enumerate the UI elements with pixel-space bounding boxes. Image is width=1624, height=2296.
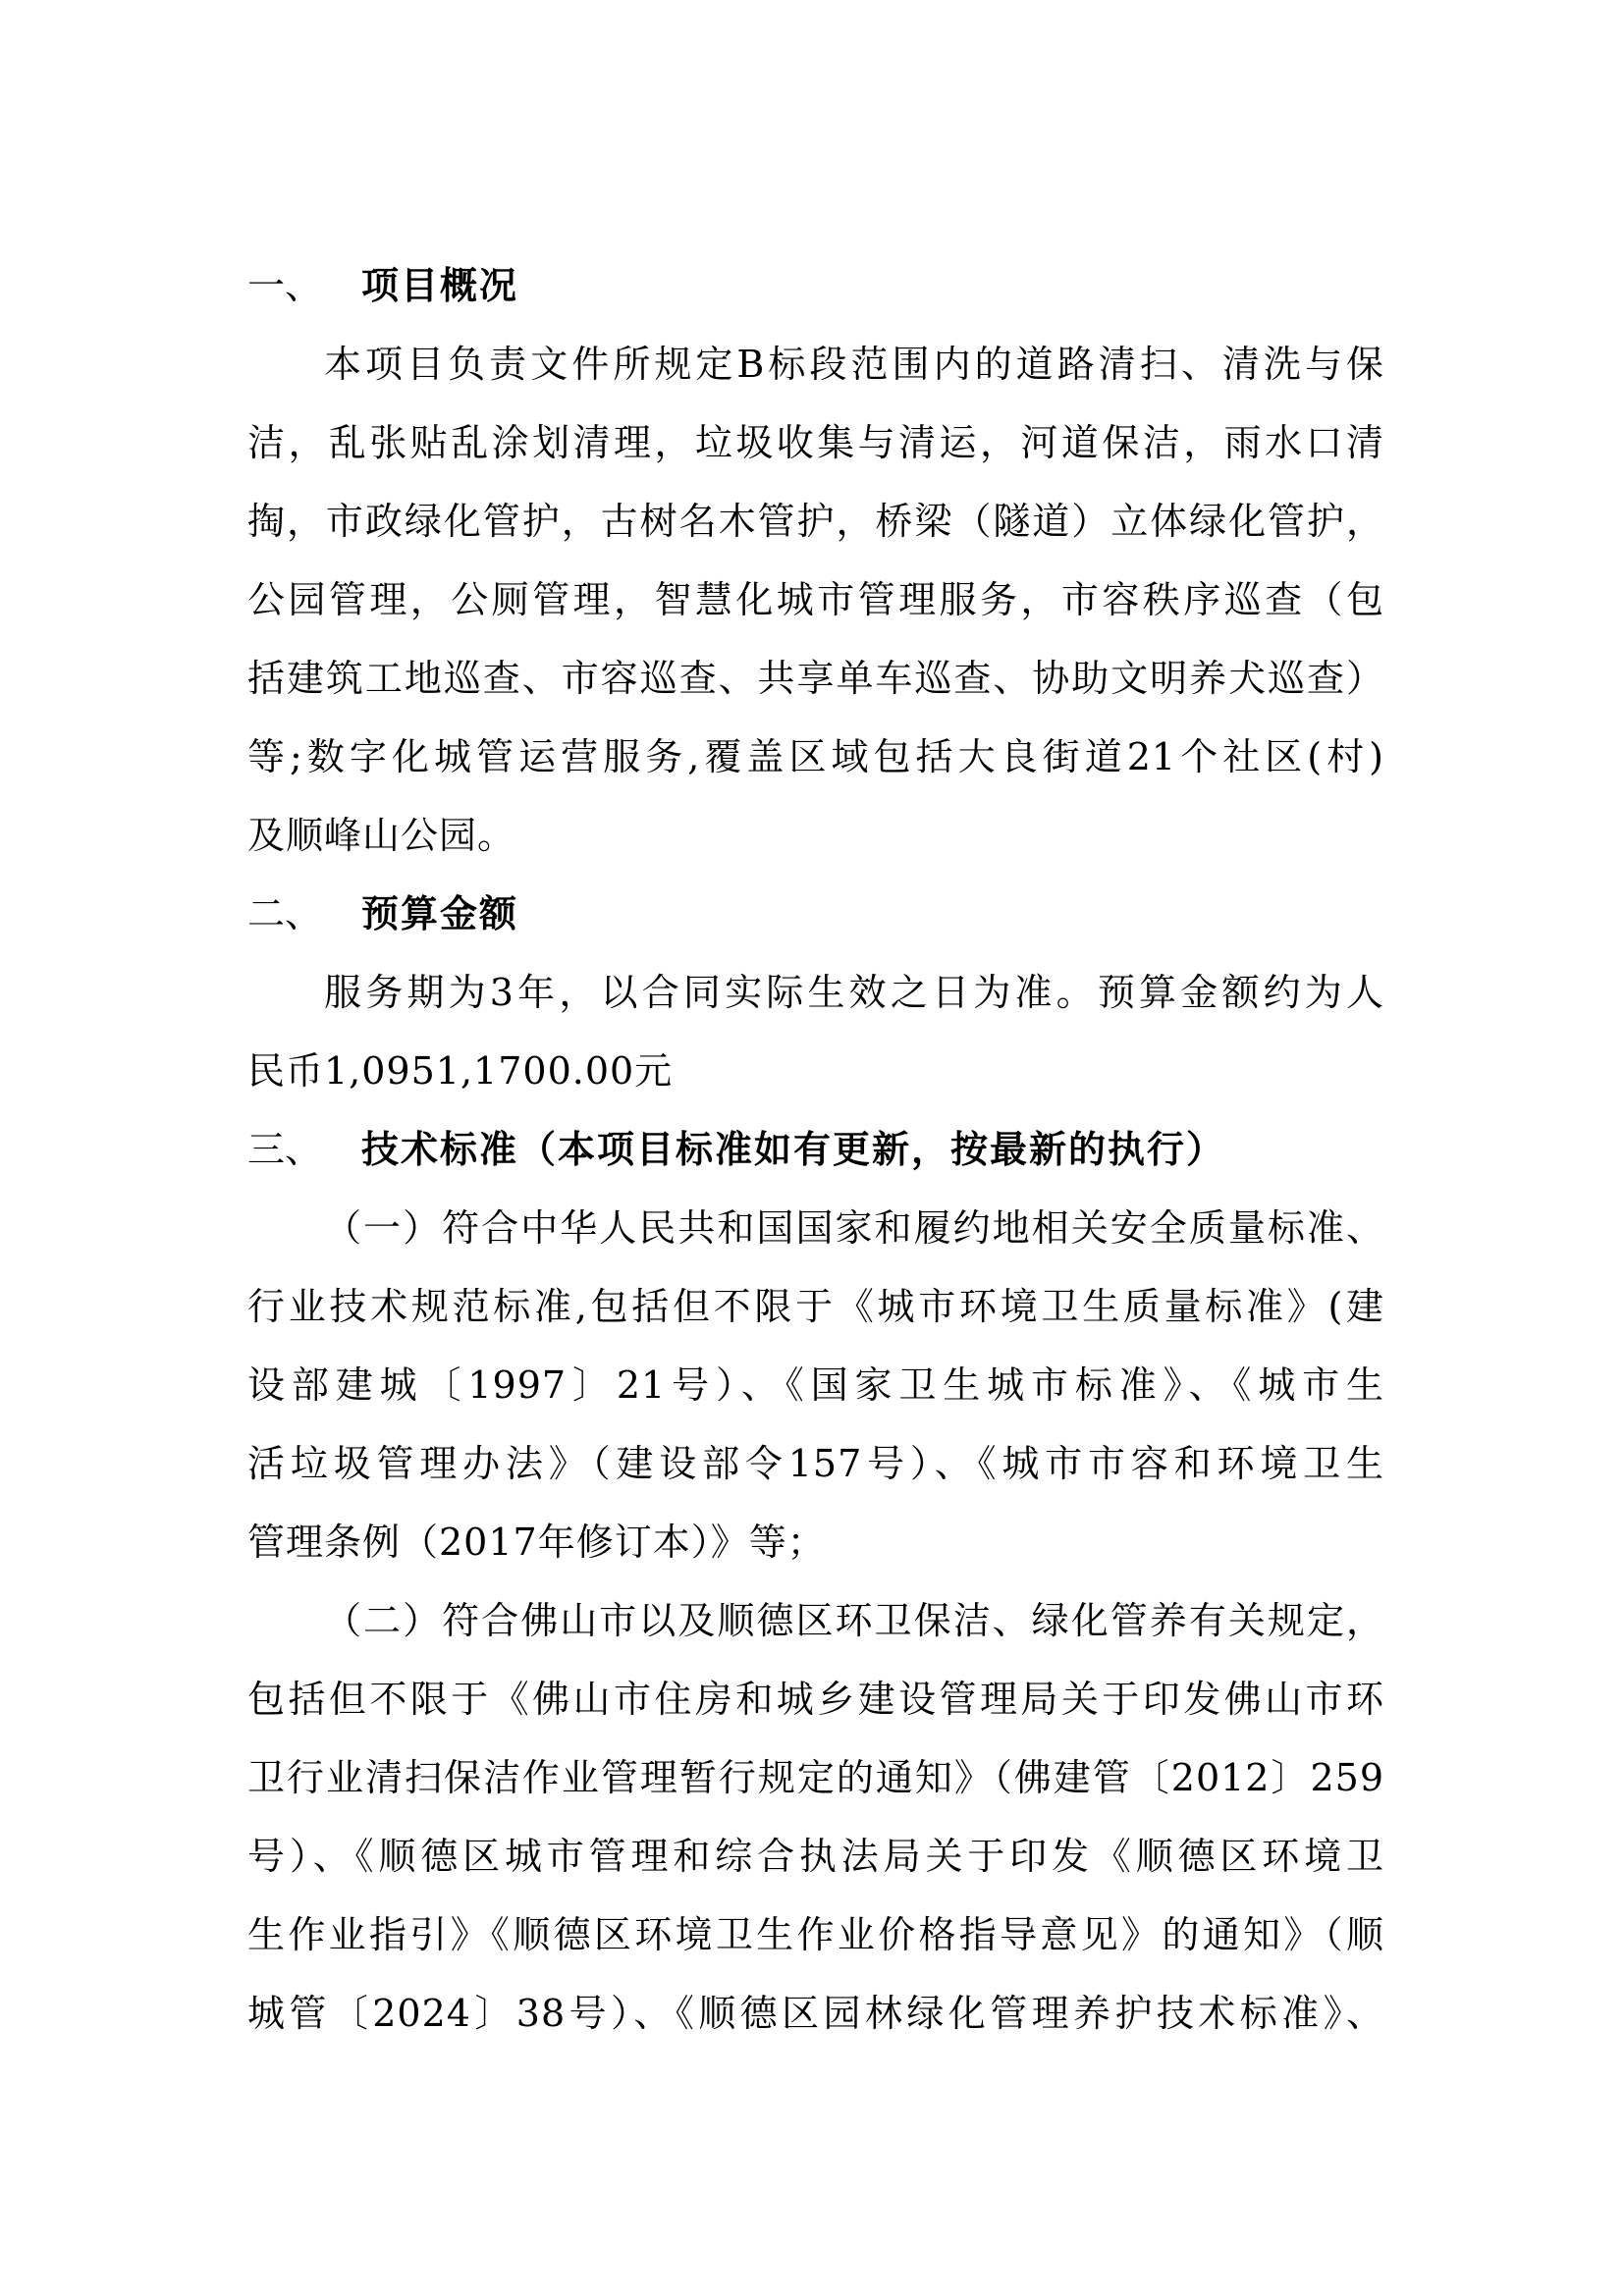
- section-heading-technical-standards: 三、技术标准（本项目标准如有更新，按最新的执行）: [247, 1110, 1225, 1189]
- paragraph-line: 洁，乱张贴乱涂划清理，垃圾收集与清运，河道保洁，雨水口清: [247, 403, 1384, 482]
- section-number: 二、: [247, 875, 361, 953]
- paragraph-line: 行业技术规范标准,包括但不限于《城市环境卫生质量标准》(建: [247, 1267, 1384, 1346]
- section-heading-overview: 一、项目概况: [247, 246, 518, 325]
- paragraph-line: 城管〔2024〕38号）、《顺德区园林绿化管理养护技术标准》、: [247, 1974, 1384, 2053]
- paragraph-line: 包括但不限于《佛山市住房和城乡建设管理局关于印发佛山市环: [247, 1660, 1384, 1738]
- paragraph-line: 本项目负责文件所规定B标段范围内的道路清扫、清洗与保: [324, 325, 1384, 403]
- paragraph-line: 生作业指引》《顺德区环境卫生作业价格指导意见》的通知》（顺: [247, 1896, 1384, 1974]
- section-number: 一、: [247, 246, 361, 325]
- section-title: 项目概况: [361, 264, 518, 307]
- paragraph-line: 公园管理，公厕管理，智慧化城市管理服务，市容秩序巡查（包: [247, 561, 1384, 639]
- section-number: 三、: [247, 1110, 361, 1189]
- paragraph-line: 号）、《顺德区城市管理和综合执法局关于印发《顺德区环境卫: [247, 1817, 1384, 1896]
- paragraph-line: 括建筑工地巡查、市容巡查、共享单车巡查、协助文明养犬巡查）: [247, 639, 1384, 718]
- paragraph-line: （一）符合中华人民共和国国家和履约地相关安全质量标准、: [324, 1189, 1384, 1267]
- paragraph-line: 卫行业清扫保洁作业管理暂行规定的通知》（佛建管〔2012〕259: [247, 1738, 1384, 1817]
- paragraph-line: 掏，市政绿化管护，古树名木管护，桥梁（隧道）立体绿化管护，: [247, 482, 1384, 561]
- paragraph-line: 及顺峰山公园。: [247, 796, 1384, 875]
- budget-amount-line: 民币1,0951,1700.00元: [247, 1032, 1384, 1110]
- paragraph-line: 活垃圾管理办法》（建设部令157号）、《城市市容和环境卫生: [247, 1424, 1384, 1503]
- paragraph-line: 设部建城〔1997〕21号）、《国家卫生城市标准》、《城市生: [247, 1346, 1384, 1424]
- paragraph-line: 等;数字化城管运营服务,覆盖区域包括大良街道21个社区(村): [247, 718, 1384, 796]
- section-heading-budget: 二、预算金额: [247, 875, 518, 953]
- section-title: 技术标准（本项目标准如有更新，按最新的执行）: [361, 1128, 1225, 1171]
- section-title: 预算金额: [361, 892, 518, 935]
- document-page: 一、项目概况 本项目负责文件所规定B标段范围内的道路清扫、清洗与保 洁，乱张贴乱…: [0, 0, 1624, 2296]
- paragraph-line: 管理条例（2017年修订本）》等；: [247, 1503, 1384, 1581]
- paragraph-line: （二）符合佛山市以及顺德区环卫保洁、绿化管养有关规定，: [324, 1581, 1384, 1660]
- paragraph-line: 服务期为3年，以合同实际生效之日为准。预算金额约为人: [324, 953, 1384, 1032]
